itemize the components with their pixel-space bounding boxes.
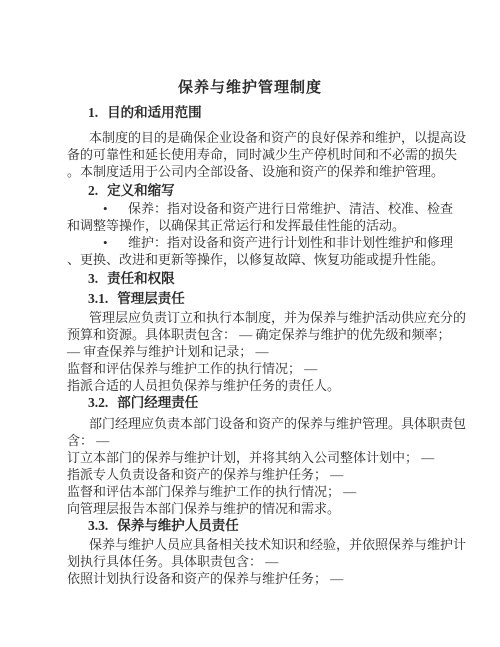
paragraph-management-responsibility: 管理层应负责订立和执行本制度，并为保养与维护活动供应充分的 预算和资源。具体职责… <box>67 309 433 394</box>
heading-number: 1. <box>88 105 98 120</box>
heading-number: 2. <box>88 183 98 198</box>
paragraph-maintenance-staff-responsibility: 保养与维护人员应具备相关技术知识和经验，并依照保养与维护计 划执行具体任务。具体… <box>67 536 433 587</box>
text-line: 指派合适的人员担负保养与维护任务的责任人。 <box>67 377 433 394</box>
text-line: 。本制度适用于公司内全部设备、设施和资产的保养和维护管理。 <box>67 163 433 180</box>
heading-maintenance-staff-responsibility: 3.3.保养与维护人员责任 <box>67 517 433 534</box>
heading-number: 3. <box>88 271 98 286</box>
heading-text: 部门经理责任 <box>117 395 198 410</box>
text-line: 依照计划执行设备和资产的保养与维护任务； — <box>67 570 433 587</box>
text-line: 预算和资源。具体职责包含： — 确定保养与维护的优先级和频率； <box>67 326 433 343</box>
text-line: 向管理层报告本部门保养与维护的情况和需求。 <box>67 500 433 517</box>
document-title: 保养与维护管理制度 <box>67 79 433 98</box>
heading-definitions: 2.定义和缩写 <box>67 182 433 199</box>
text-line: 划执行具体任务。具体职责包含： — <box>67 553 433 570</box>
bullet-item-maintenance-def: •保养：指对设备和资产进行日常维护、清洁、校准、检查 和调整等操作，以确保其正常… <box>67 200 433 234</box>
text-line: 指派专人负责设备和资产的保养与维护任务； — <box>67 466 433 483</box>
text-line: •保养：指对设备和资产进行日常维护、清洁、校准、检查 <box>67 200 433 217</box>
text-line: 含： — <box>67 432 433 449</box>
text-line: 订立本部门的保养与维护计划，并将其纳入公司整体计划中； — <box>67 449 433 466</box>
heading-text: 定义和缩写 <box>107 183 175 198</box>
bullet-icon: • <box>103 234 128 251</box>
heading-number: 3.1. <box>88 291 108 306</box>
text-line: 保养与维护人员应具备相关技术知识和经验，并依照保养与维护计 <box>67 536 433 553</box>
document-page: 保养与维护管理制度 1.目的和适用范围 本制度的目的是确保企业设备和资产的良好保… <box>0 0 500 647</box>
text-line: 管理层应负责订立和执行本制度，并为保养与维护活动供应充分的 <box>67 309 433 326</box>
text-line: — 审查保养与维护计划和记录； — <box>67 343 433 360</box>
bullet-item-repair-def: •维护：指对设备和资产进行计划性和非计划性维护和修理 、更换、改进和更新等操作，… <box>67 234 433 268</box>
heading-number: 3.3. <box>88 518 108 533</box>
text-line: 、更换、改进和更新等操作，以修复故障、恢复功能或提升性能。 <box>67 251 433 268</box>
heading-text: 管理层责任 <box>117 291 185 306</box>
text-line: 和调整等操作，以确保其正常运行和发挥最佳性能的活动。 <box>67 217 433 234</box>
bullet-text: 保养：指对设备和资产进行日常维护、清洁、校准、检查 <box>128 201 453 216</box>
heading-number: 3.2. <box>88 395 108 410</box>
heading-management-responsibility: 3.1.管理层责任 <box>67 290 433 307</box>
text-line: 本制度的目的是确保企业设备和资产的良好保养和维护，以提高设 <box>67 129 433 146</box>
bullet-icon: • <box>103 200 128 217</box>
heading-department-manager-responsibility: 3.2.部门经理责任 <box>67 394 433 411</box>
paragraph-department-manager-responsibility: 部门经理应负责本部门设备和资产的保养与维护管理。具体职责包 含： — 订立本部门… <box>67 415 433 517</box>
text-line: 备的可靠性和延长使用寿命，同时减少生产停机时间和不必需的损失 <box>67 146 433 163</box>
heading-purpose-scope: 1.目的和适用范围 <box>67 104 433 121</box>
heading-responsibilities: 3.责任和权限 <box>67 270 433 287</box>
text-line: 监督和评估保养与维护工作的执行情况； — <box>67 360 433 377</box>
text-line: •维护：指对设备和资产进行计划性和非计划性维护和修理 <box>67 234 433 251</box>
paragraph-purpose: 本制度的目的是确保企业设备和资产的良好保养和维护，以提高设 备的可靠性和延长使用… <box>67 129 433 180</box>
heading-text: 责任和权限 <box>107 271 175 286</box>
text-line: 部门经理应负责本部门设备和资产的保养与维护管理。具体职责包 <box>67 415 433 432</box>
text-line: 监督和评估本部门保养与维护工作的执行情况； — <box>67 483 433 500</box>
heading-text: 保养与维护人员责任 <box>117 518 239 533</box>
heading-text: 目的和适用范围 <box>107 105 202 120</box>
bullet-text: 维护：指对设备和资产进行计划性和非计划性维护和修理 <box>128 235 453 250</box>
